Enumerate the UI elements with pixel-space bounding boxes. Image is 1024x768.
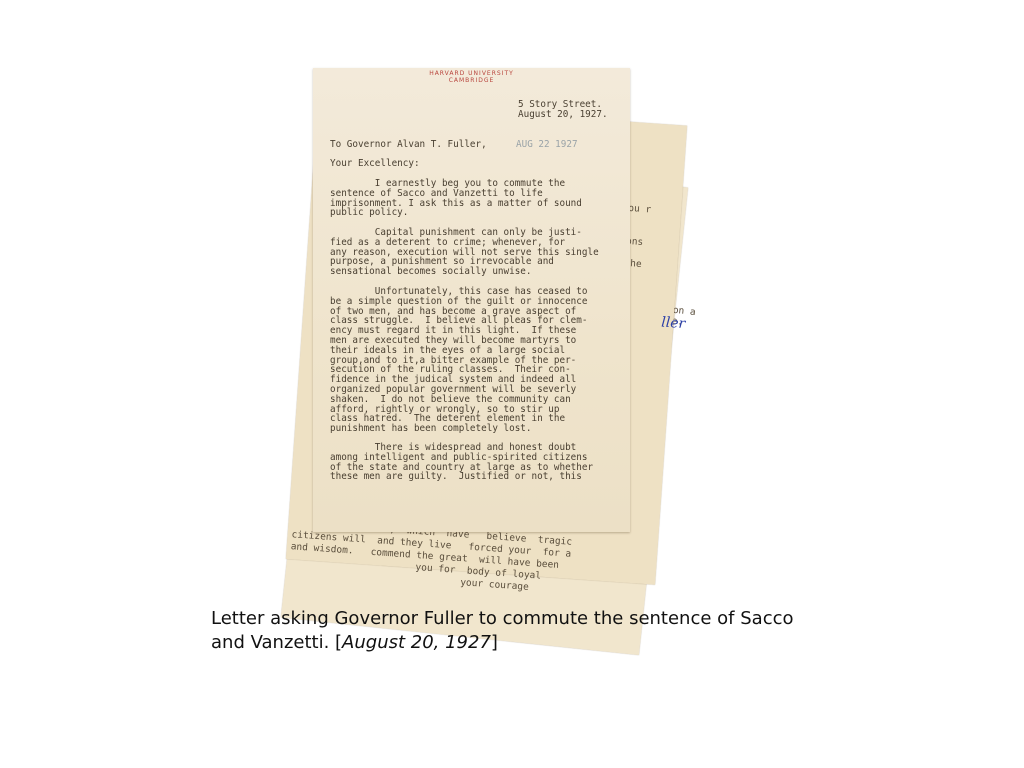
sender-address: 5 Story Street. August 20, 1927. bbox=[518, 100, 608, 120]
letterhead-institution: HARVARD UNIVERSITY bbox=[313, 70, 630, 77]
recipient-line: To Governor Alvan T. Fuller, bbox=[330, 140, 487, 150]
received-stamp: AUG 22 1927 bbox=[516, 140, 578, 150]
letter-front-page: HARVARD UNIVERSITY CAMBRIDGE 5 Story Str… bbox=[313, 68, 630, 532]
caption-text: Letter asking Governor Fuller to commute… bbox=[211, 608, 794, 653]
caption-date: August 20, 1927 bbox=[342, 632, 491, 653]
image-caption: Letter asking Governor Fuller to commute… bbox=[211, 607, 811, 655]
date-line: August 20, 1927. bbox=[518, 109, 608, 120]
letter-paragraph: I earnestly beg you to commute the sente… bbox=[330, 179, 582, 218]
caption-close-bracket: ] bbox=[491, 632, 498, 653]
letter-paragraph: There is widespread and honest doubt amo… bbox=[330, 443, 593, 482]
handwritten-signature-fragment: ller bbox=[661, 315, 686, 333]
document-scan: ion a le. by r you r he s- isions nd the… bbox=[0, 0, 1024, 768]
letterhead-city: CAMBRIDGE bbox=[313, 77, 630, 84]
letterhead: HARVARD UNIVERSITY CAMBRIDGE bbox=[313, 68, 630, 84]
letter-paragraph: Unfortunately, this case has ceased to b… bbox=[330, 287, 587, 434]
letter-paragraph: Capital punishment can only be justi- fi… bbox=[330, 228, 599, 277]
salutation: Your Excellency: bbox=[330, 159, 420, 169]
